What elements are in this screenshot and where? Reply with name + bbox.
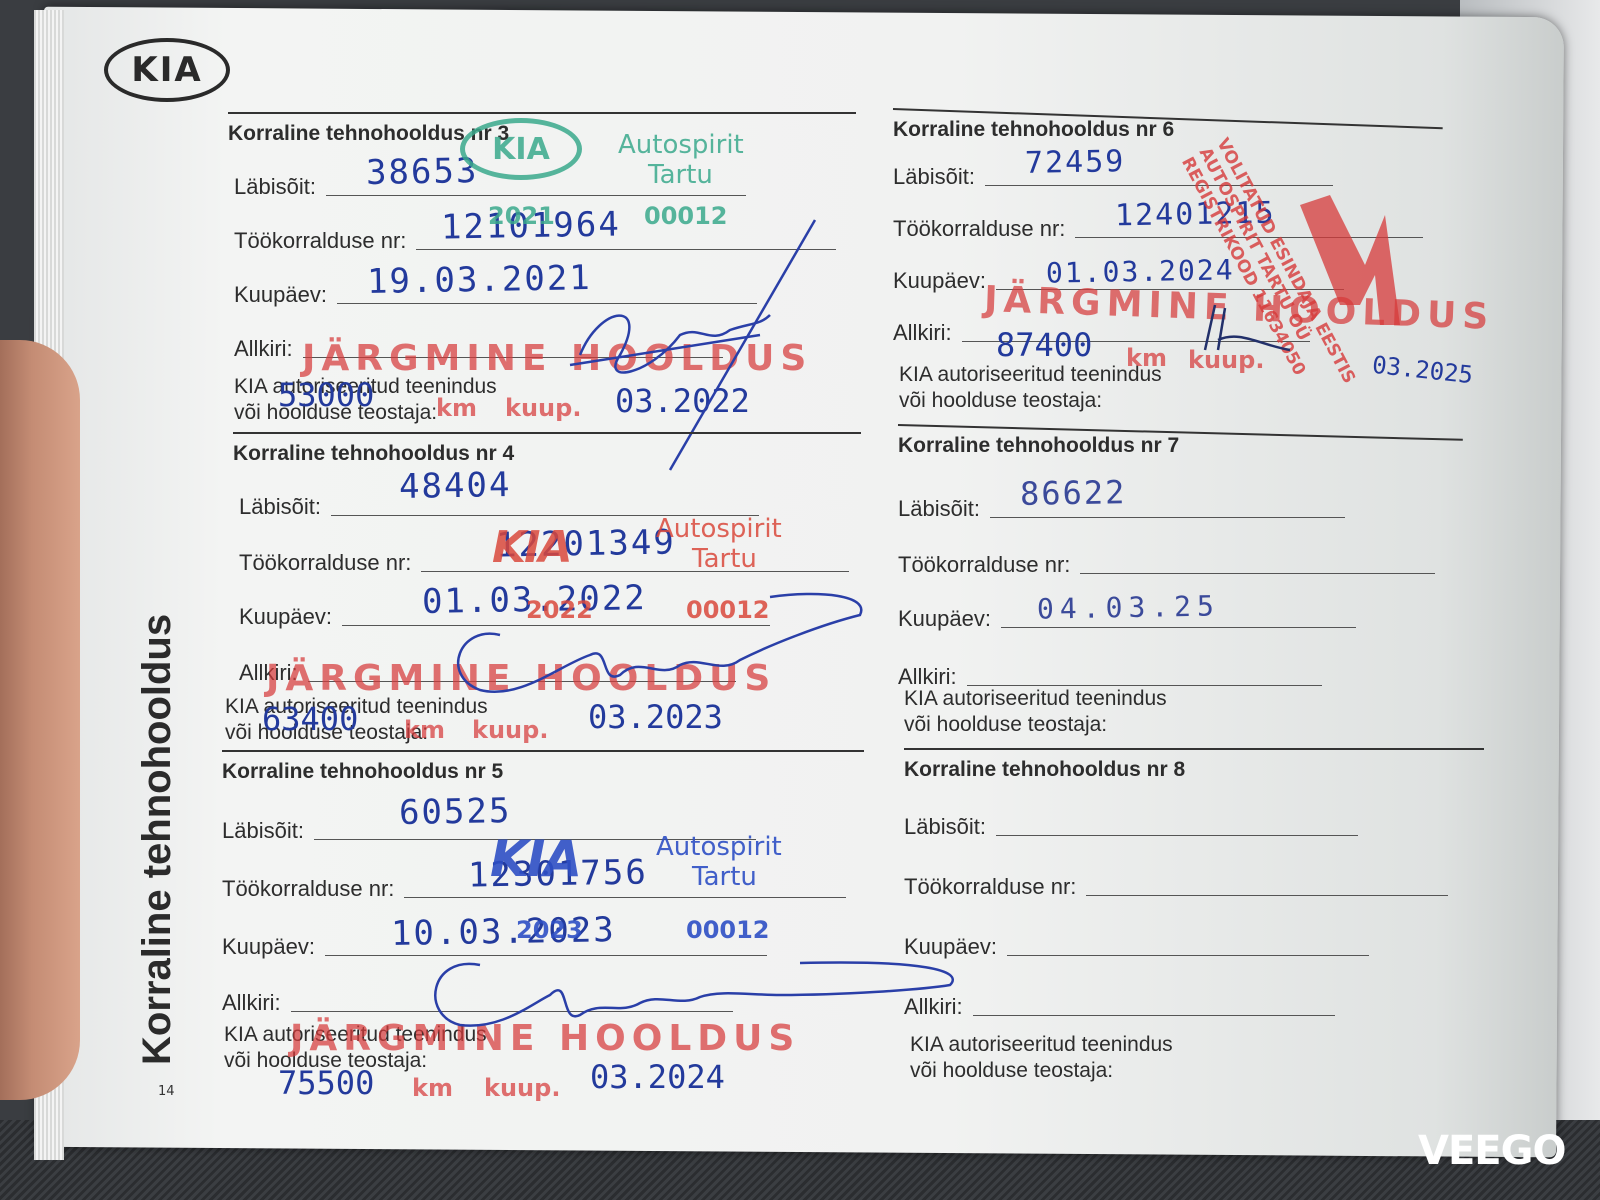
date-label: Kuupäev: (222, 934, 325, 960)
service-record-8: Korraline tehnohooldus nr 8 Läbisõit: Tö… (904, 748, 1484, 1093)
mileage-row: Läbisõit: (904, 814, 1484, 840)
mileage-value: 60525 (399, 791, 512, 833)
work-order-row: Töökorralduse nr: 12401215 (893, 216, 1443, 242)
next-service-km-label: km (436, 394, 477, 422)
signature-label: Allkiri: (904, 994, 973, 1020)
date-label: Kuupäev: (904, 934, 1007, 960)
mileage-label: Läbisõit: (904, 814, 996, 840)
work-order-label: Töökorralduse nr: (904, 874, 1086, 900)
kia-logo: KIA (104, 38, 230, 102)
date-label: Kuupäev: (898, 606, 1001, 632)
next-service-date-label: kuup. (484, 1074, 560, 1102)
mileage-value: 48404 (399, 465, 512, 507)
work-order-label: Töökorralduse nr: (893, 216, 1075, 242)
next-service-km: 87400 (996, 326, 1092, 364)
hand-thumb (0, 340, 80, 1100)
section-title: Korraline tehnohooldus nr 7 (898, 434, 1179, 458)
mileage-row: Läbisõit: 72459 (893, 164, 1443, 190)
dealer-stamp-2022: Autospirit Tartu 2022 00012 (656, 514, 782, 574)
mileage-row: Läbisõit: 38653 (234, 174, 856, 200)
mileage-value: 72459 (1025, 144, 1126, 181)
section-title: Korraline tehnohooldus nr 4 (233, 442, 514, 466)
page-number: 14 (158, 1084, 175, 1099)
work-order-row: Töökorralduse nr: (904, 874, 1484, 900)
dealer-stamp-kia-logo: KIA (490, 830, 580, 888)
date-value: 19.03.2021 (367, 258, 592, 302)
veego-watermark: VEEGO (1418, 1128, 1565, 1174)
signature-label: Allkiri: (893, 320, 962, 346)
mileage-label: Läbisõit: (893, 164, 985, 190)
next-service-date-label: kuup. (1188, 346, 1264, 374)
mileage-label: Läbisõit: (234, 174, 326, 200)
next-service-stamp: JÄRGMINE HOOLDUS (302, 338, 812, 379)
work-order-label: Töökorralduse nr: (239, 550, 421, 576)
signature-label: Allkiri: (234, 336, 303, 362)
section-divider (904, 748, 1484, 750)
date-label: Kuupäev: (234, 282, 337, 308)
next-service-km-label: km (412, 1074, 453, 1102)
section-title: Korraline tehnohooldus nr 5 (222, 760, 503, 784)
section-divider (222, 750, 864, 752)
next-service-date: 03.2024 (590, 1058, 725, 1096)
signature-label: Allkiri: (222, 990, 291, 1016)
dealer-footer: KIA autoriseeritud teenindus või hooldus… (910, 1032, 1173, 1084)
next-service-km: 53000 (278, 376, 374, 414)
section-divider (228, 112, 856, 114)
section-title: Korraline tehnohooldus nr 6 (893, 118, 1174, 142)
next-service-km-label: km (404, 716, 445, 744)
spine-title: Korraline tehnohooldus (135, 614, 180, 1065)
mileage-label: Läbisõit: (898, 496, 990, 522)
next-service-date: 03.2023 (588, 698, 723, 736)
service-record-6: Korraline tehnohooldus nr 6 Läbisõit: 72… (893, 108, 1443, 418)
next-service-stamp: JÄRGMINE HOOLDUS (290, 1018, 800, 1059)
mileage-label: Läbisõit: (222, 818, 314, 844)
mileage-row: Läbisõit: 86622 (898, 496, 1463, 522)
signature-row: Allkiri: (904, 994, 1484, 1020)
date-row: Kuupäev: 19.03.2021 (234, 282, 856, 308)
date-value: 04.03.25 (1037, 589, 1220, 625)
next-service-date-label: kuup. (505, 394, 581, 422)
date-row: Kuupäev: (904, 934, 1484, 960)
dealer-footer: KIA autoriseeritud teenindus või hooldus… (904, 686, 1167, 738)
next-service-date: 03.2022 (615, 382, 750, 420)
section-divider (233, 432, 861, 434)
work-order-row: Töökorralduse nr: 12101964 (234, 228, 856, 254)
mileage-value: 86622 (1020, 473, 1127, 513)
date-label: Kuupäev: (239, 604, 342, 630)
mileage-label: Läbisõit: (239, 494, 331, 520)
next-service-km: 75500 (278, 1064, 374, 1102)
dealer-stamp-2021: Autospirit Tartu 2021 00012 (618, 130, 744, 190)
dealer-footer: KIA autoriseeritud teenindus või hooldus… (899, 362, 1162, 414)
next-service-km-label: km (1126, 344, 1167, 372)
next-service-stamp: JÄRGMINE HOOLDUS (266, 658, 776, 699)
date-label: Kuupäev: (893, 268, 996, 294)
work-order-label: Töökorralduse nr: (234, 228, 416, 254)
work-order-label: Töökorralduse nr: (222, 876, 404, 902)
signature-row: Allkiri: (222, 990, 864, 1016)
work-order-row: Töökorralduse nr: (898, 552, 1463, 578)
work-order-label: Töökorralduse nr: (898, 552, 1080, 578)
next-service-km: 63400 (262, 700, 358, 738)
next-service-date-label: kuup. (472, 716, 548, 744)
section-title: Korraline tehnohooldus nr 8 (904, 758, 1185, 782)
dealer-stamp-kia-logo: KIA (460, 118, 582, 180)
dealer-stamp-kia-logo: KIA (492, 522, 571, 573)
dealer-stamp-2023: Autospirit Tartu 2023 00012 (656, 832, 782, 892)
date-row: Kuupäev: 04.03.25 (898, 606, 1463, 632)
service-record-7: Korraline tehnohooldus nr 7 Läbisõit: 86… (898, 424, 1463, 754)
